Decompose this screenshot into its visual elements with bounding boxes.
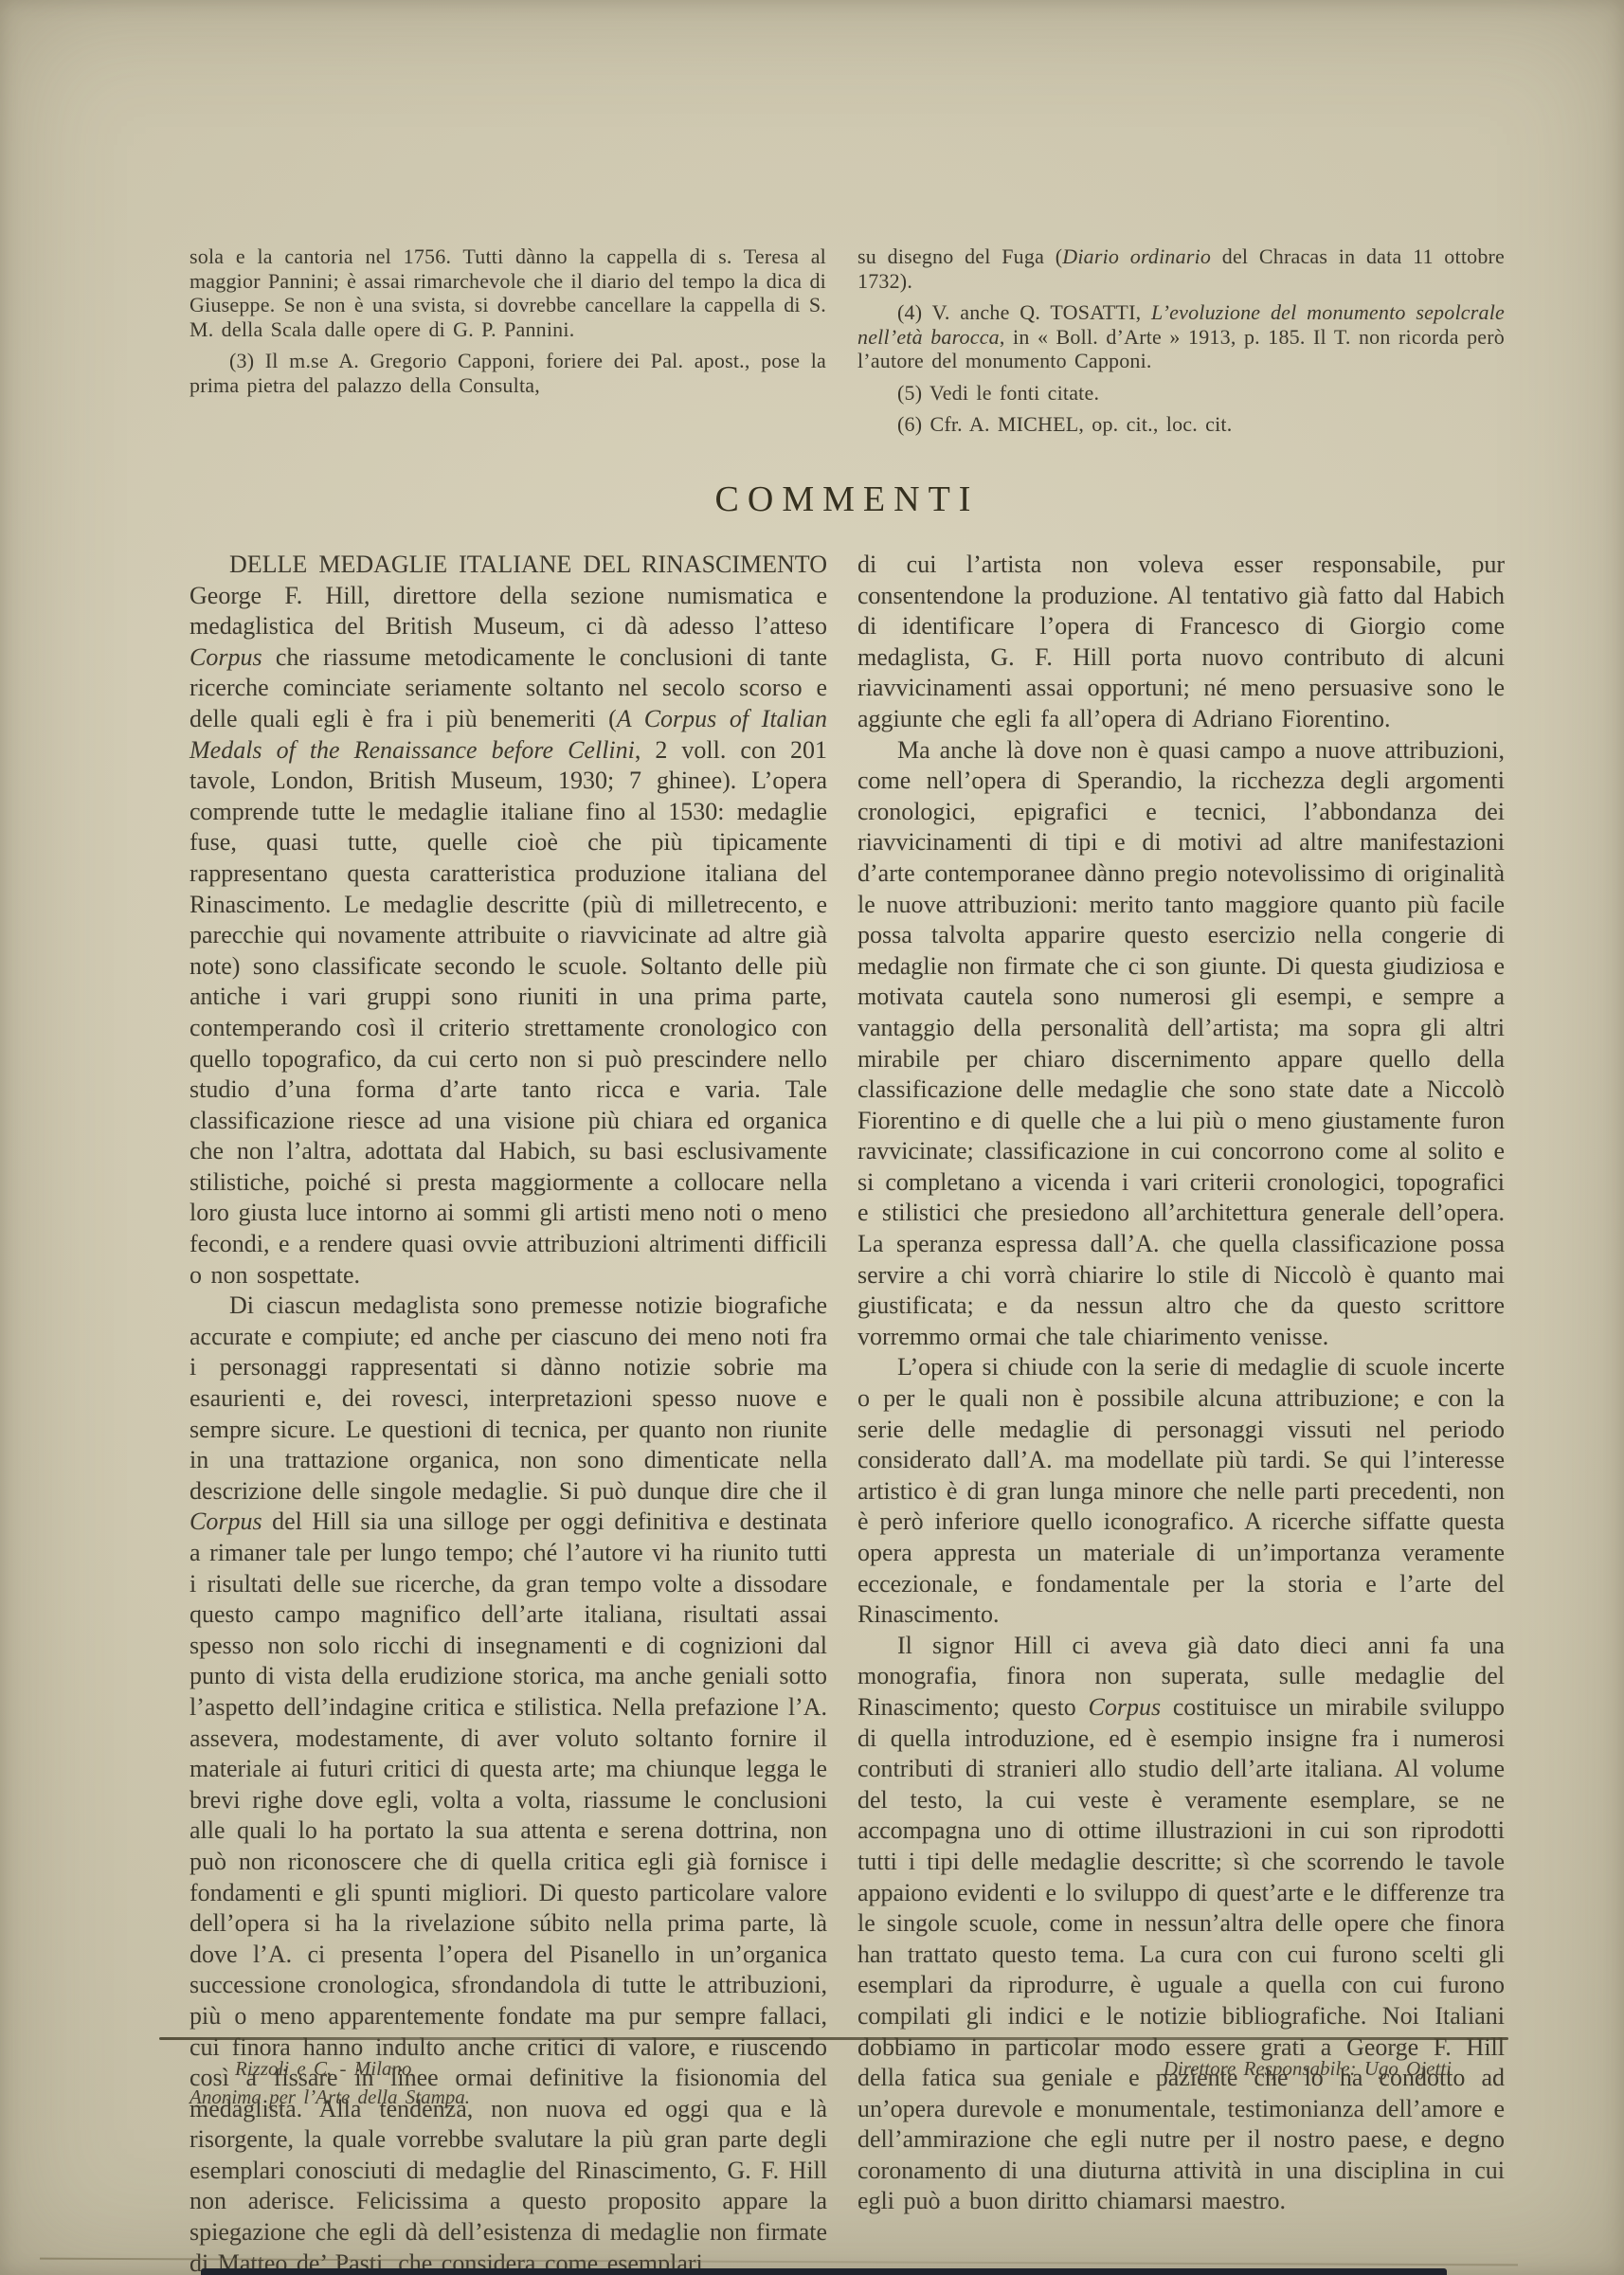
text-run: costituisce un mirabile sviluppo di quel… xyxy=(857,1693,1505,2215)
publisher-line-2: Anonima per l’Arte della Stampa. xyxy=(189,2083,470,2111)
scanned-page: sola e la cantoria nel 1756. Tutti dànno… xyxy=(0,0,1624,2275)
text-run: DELLE MEDAGLIE ITALIANE DEL RINASCIMENTO… xyxy=(189,551,827,640)
paragraph: sola e la cantoria nel 1756. Tutti dànno… xyxy=(189,244,826,341)
paragraph: (6) Cfr. A. MICHEL, op. cit., loc. cit. xyxy=(857,412,1505,437)
text-run: (6) Cfr. A. MICHEL, op. cit., loc. cit. xyxy=(897,412,1232,436)
italic-text-run: Diario ordinario xyxy=(1062,244,1211,268)
text-run: (4) V. anche Q. TOSATTI, xyxy=(897,300,1151,324)
main-column-left: DELLE MEDAGLIE ITALIANE DEL RINASCIMENTO… xyxy=(189,550,827,2275)
footer: Rizzoli e C. - Milano Anonima per l’Arte… xyxy=(189,2054,1507,2111)
text-run: di cui l’artista non voleva esser respon… xyxy=(857,551,1505,732)
paragraph: di cui l’artista non voleva esser respon… xyxy=(857,550,1505,735)
paragraph: su disegno del Fuga (Diario ordinario de… xyxy=(857,244,1505,293)
paragraph: Il signor Hill ci aveva già dato dieci a… xyxy=(857,1631,1505,2217)
paragraph: L’opera si chiude con la serie di medagl… xyxy=(857,1352,1505,1630)
footnote-column-left: sola e la cantoria nel 1756. Tutti dànno… xyxy=(189,244,826,397)
paragraph: (4) V. anche Q. TOSATTI, L’evoluzione de… xyxy=(857,300,1505,373)
text-run: sola e la cantoria nel 1756. Tutti dànno… xyxy=(189,244,826,341)
italic-text-run: Corpus xyxy=(1089,1693,1162,1721)
text-run: (3) Il m.se A. Gregorio Capponi, foriere… xyxy=(189,349,826,397)
main-column-right: di cui l’artista non voleva esser respon… xyxy=(857,550,1505,2217)
italic-text-run: Corpus xyxy=(189,1508,262,1535)
section-heading: COMMENTI xyxy=(189,478,1505,520)
text-run: , 2 voll. con 201 tavole, London, Britis… xyxy=(189,736,827,1289)
bottom-scan-strip xyxy=(201,2268,1447,2275)
publisher-block: Rizzoli e C. - Milano Anonima per l’Arte… xyxy=(189,2054,470,2111)
paragraph: Di ciascun medaglista sono premesse noti… xyxy=(189,1291,827,2275)
text-run: L’opera si chiude con la serie di medagl… xyxy=(857,1353,1505,1628)
paragraph: DELLE MEDAGLIE ITALIANE DEL RINASCIMENTO… xyxy=(189,550,827,1291)
text-run: (5) Vedi le fonti citate. xyxy=(897,381,1099,405)
publisher-line-1: Rizzoli e C. - Milano xyxy=(189,2054,470,2083)
director-line: Direttore Responsabile: Ugo Ojetti xyxy=(1164,2054,1507,2083)
text-run: del Hill sia una silloge per oggi defini… xyxy=(189,1508,827,2275)
paragraph: (5) Vedi le fonti citate. xyxy=(857,381,1505,406)
italic-text-run: Corpus xyxy=(189,643,262,671)
paragraph: (3) Il m.se A. Gregorio Capponi, foriere… xyxy=(189,349,826,397)
text-run: su disegno del Fuga ( xyxy=(857,244,1062,268)
text-run: Ma anche là dove non è quasi campo a nuo… xyxy=(857,736,1505,1350)
paragraph: Ma anche là dove non è quasi campo a nuo… xyxy=(857,735,1505,1353)
footnote-column-right: su disegno del Fuga (Diario ordinario de… xyxy=(857,244,1505,437)
text-run: Di ciascun medaglista sono premesse noti… xyxy=(189,1291,827,1505)
footer-rule xyxy=(159,2037,1508,2040)
